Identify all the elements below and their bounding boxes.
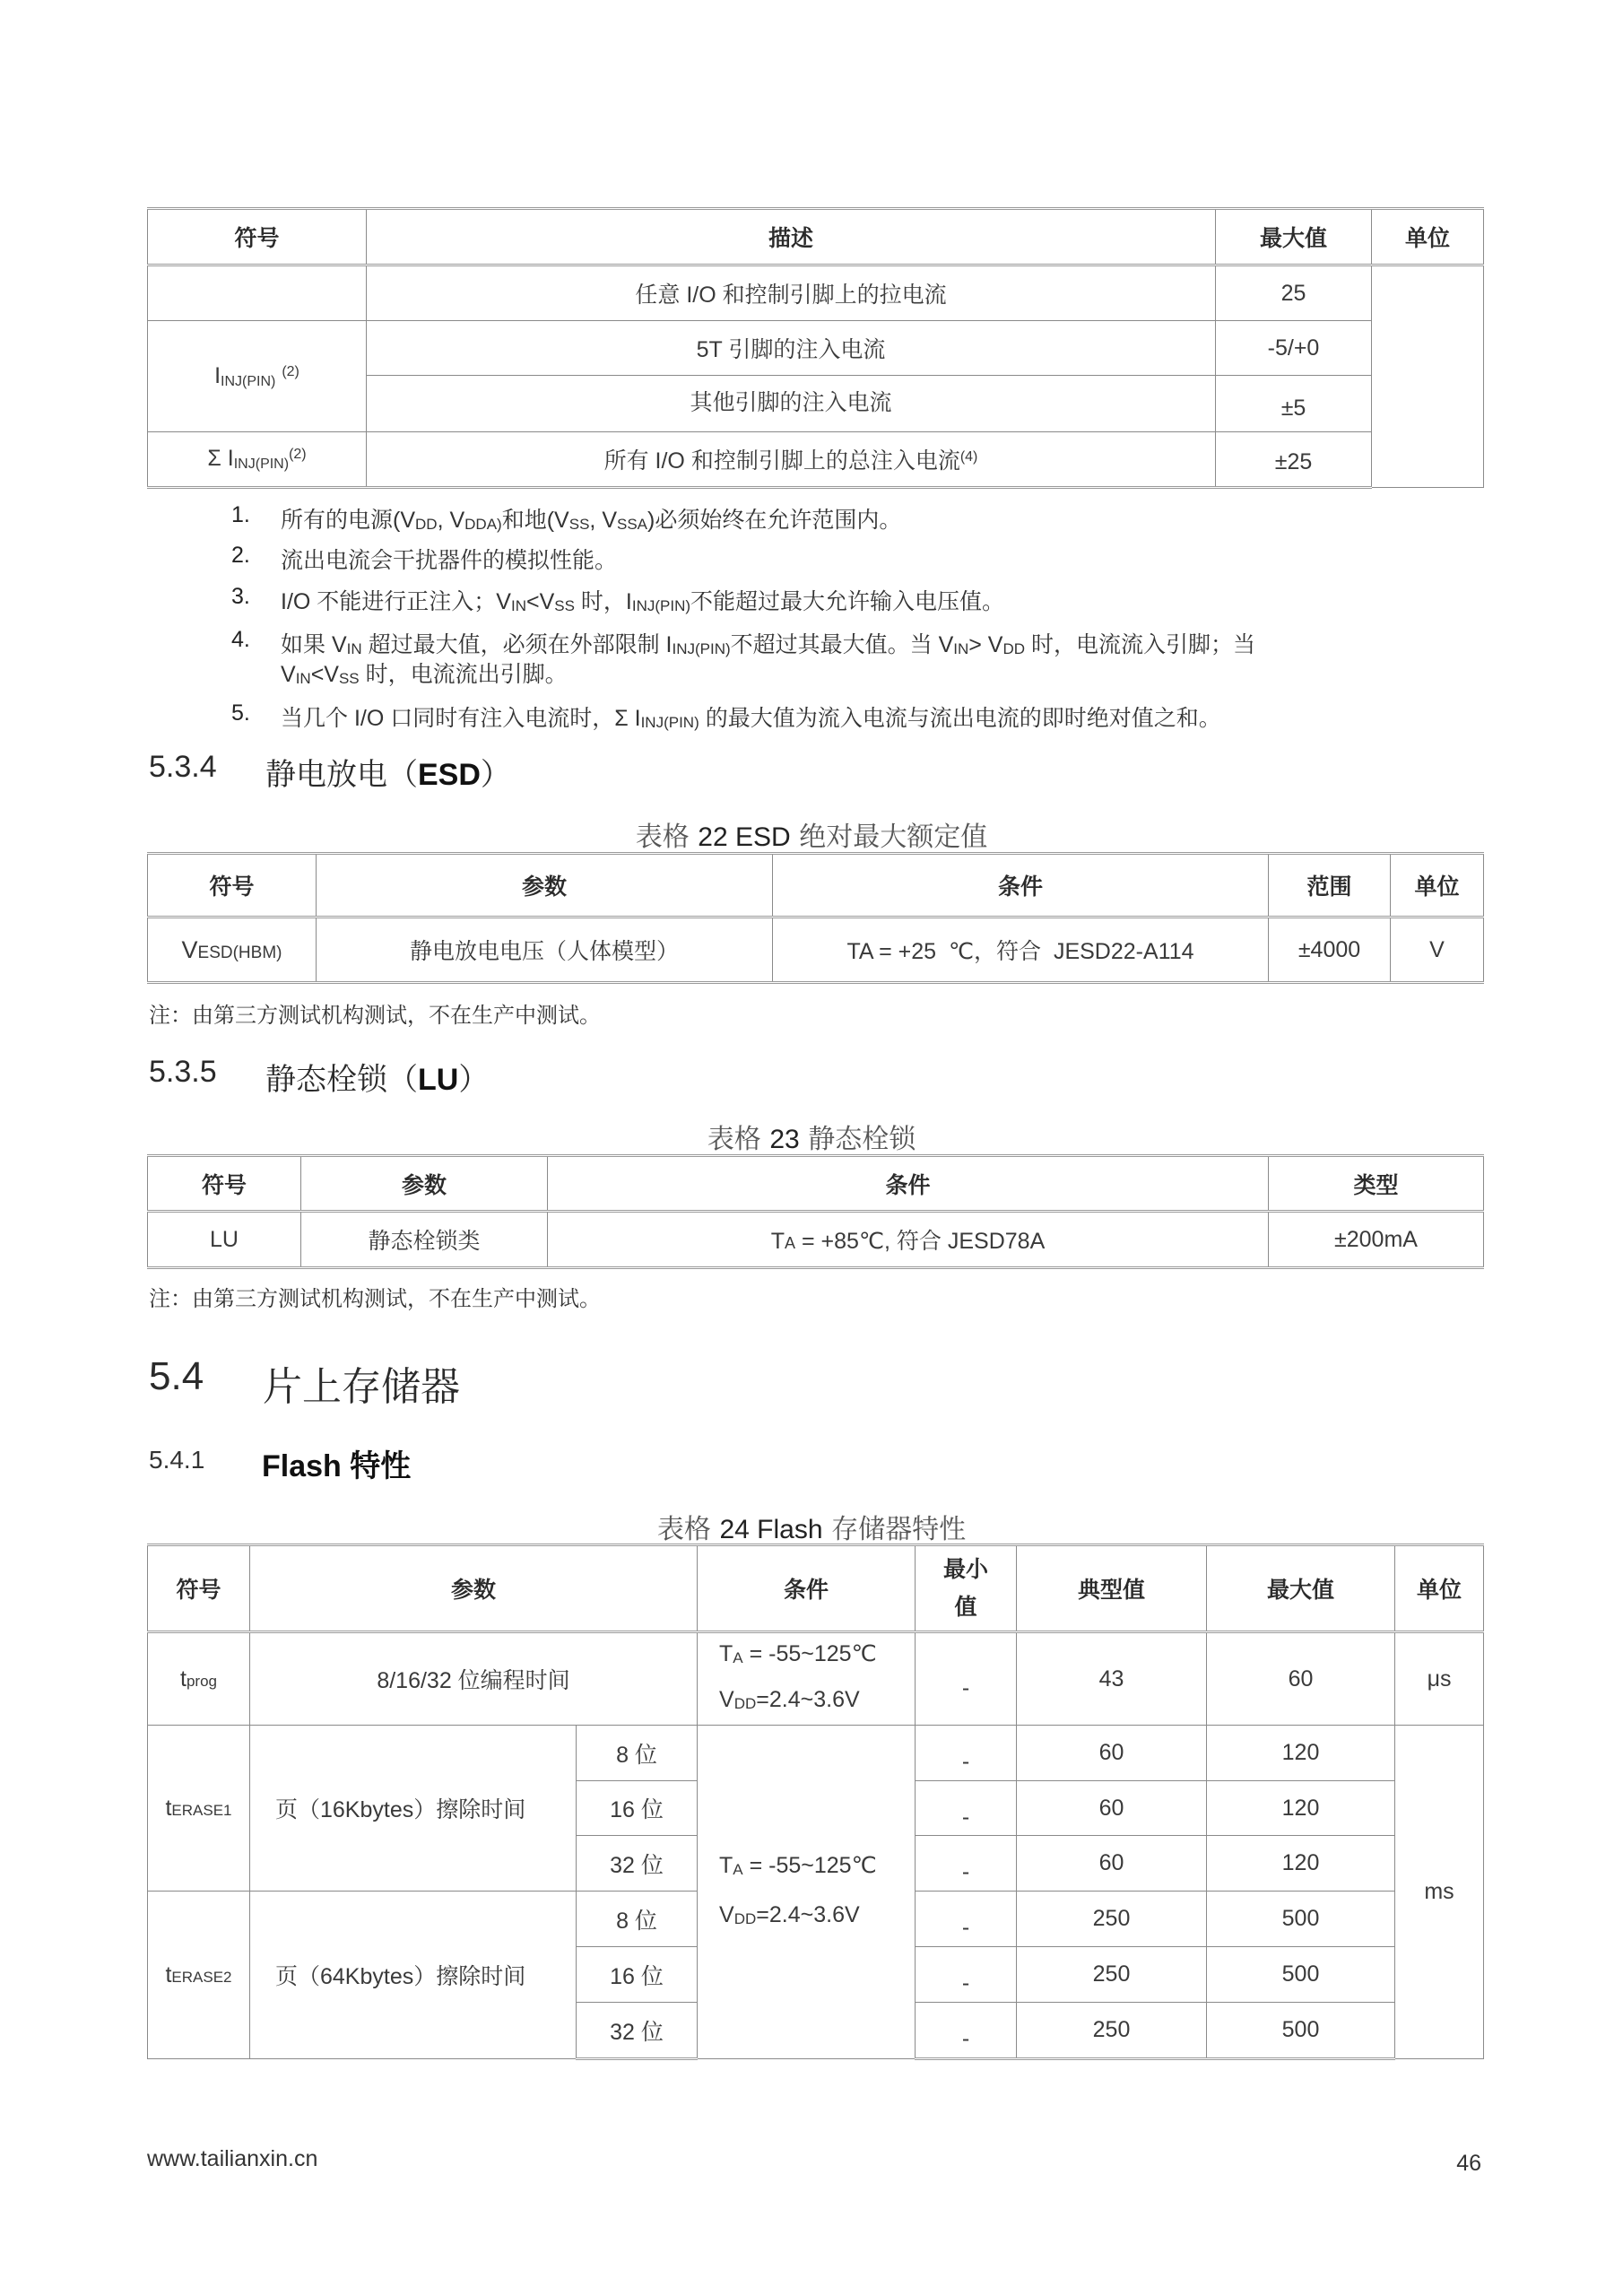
table-row: tprog 8/16/32 位编程时间 TA = -55~125℃ VDD=2.… (148, 1632, 1484, 1726)
parameter-cell: 静态栓锁类 (301, 1212, 548, 1268)
header-symbol: 符号 (148, 209, 367, 265)
min-cell: - (916, 1781, 1017, 1836)
section-title: 片上存储器 (263, 1354, 460, 1412)
subsection-number: 5.4.1 (149, 1446, 204, 1474)
header-condition: 条件 (698, 1545, 916, 1632)
header-range: 范围 (1269, 854, 1391, 918)
header-parameter: 参数 (250, 1545, 698, 1632)
width-cell: 8 位 (577, 1892, 698, 1947)
typ-cell: 60 (1017, 1726, 1207, 1781)
min-cell: - (916, 1947, 1017, 2003)
note-text: 所有的电源(VDD, VDDA)和地(VSS, VSSA)必须始终在允许范围内。 (281, 502, 901, 535)
header-symbol: 符号 (148, 1156, 301, 1212)
note-number: 5. (231, 700, 250, 726)
table-caption: 表格 23 静态栓锁 (0, 1117, 1623, 1156)
section-title: 静电放电（ESD） (265, 750, 511, 794)
note-text: 流出电流会干扰器件的模拟性能。 (281, 543, 617, 575)
description-cell: 5T 引脚的注入电流 (367, 321, 1216, 376)
parameter-cell: 页（16Kbytes）擦除时间 (250, 1726, 577, 1892)
unit-cell: V (1391, 918, 1484, 983)
typ-cell: 43 (1017, 1632, 1207, 1726)
width-cell: 32 位 (577, 1836, 698, 1892)
min-cell: - (916, 1632, 1017, 1726)
max-cell: 120 (1207, 1836, 1395, 1892)
section-number: 5.3.4 (149, 750, 217, 785)
min-cell: - (916, 1726, 1017, 1781)
note-number: 4. (231, 627, 250, 653)
max-cell: 500 (1207, 1947, 1395, 2003)
header-min: 最小值 (916, 1545, 1017, 1632)
header-typ: 典型值 (1017, 1545, 1207, 1632)
symbol-cell: tERASE1 (148, 1726, 250, 1892)
header-unit: 单位 (1391, 854, 1484, 918)
max-cell: 500 (1207, 1892, 1395, 1947)
note-text: VIN<VSS 时，电流流出引脚。 (281, 657, 568, 689)
parameter-cell: 静电放电电压（人体模型） (317, 918, 773, 983)
section-number: 5.3.5 (149, 1055, 217, 1090)
header-max: 最大值 (1216, 209, 1372, 265)
table-row: LU 静态栓锁类 TA = +85℃, 符合 JESD78A ±200mA (148, 1212, 1484, 1268)
note-number: 2. (231, 543, 250, 569)
parameter-cell: 页（64Kbytes）擦除时间 (250, 1892, 577, 2059)
unit-cell: μs (1395, 1632, 1484, 1726)
injection-current-table: 符号 描述 最大值 单位 任意 I/O 和控制引脚上的拉电流 25 IINJ(P… (147, 207, 1484, 489)
table-footnote: 注：由第三方测试机构测试，不在生产中测试。 (149, 1281, 601, 1312)
description-cell: 其他引脚的注入电流 (367, 376, 1216, 432)
unit-cell (1372, 265, 1484, 488)
symbol-cell: LU (148, 1212, 301, 1268)
symbol-cell: IINJ(PIN) (2) (148, 321, 367, 432)
max-cell: ±25 (1216, 432, 1372, 488)
min-cell: - (916, 1892, 1017, 1947)
header-unit: 单位 (1395, 1545, 1484, 1632)
type-cell: ±200mA (1269, 1212, 1484, 1268)
note-text: 如果 VIN 超过最大值，必须在外部限制 IINJ(PIN)不超过其最大值。当 … (281, 627, 1255, 659)
note-text: 当几个 I/O 口同时有注入电流时，Σ IINJ(PIN) 的最大值为流入电流与… (281, 700, 1221, 733)
symbol-cell: Σ IINJ(PIN)(2) (148, 432, 367, 488)
flash-table: 符号 参数 条件 最小值 典型值 最大值 单位 tprog 8/16/32 位编… (147, 1544, 1484, 2060)
section-number: 5.4 (149, 1354, 204, 1399)
table-footnote: 注：由第三方测试机构测试，不在生产中测试。 (149, 997, 601, 1029)
note-number: 3. (231, 584, 250, 610)
width-cell: 32 位 (577, 2003, 698, 2059)
max-cell: 120 (1207, 1726, 1395, 1781)
subsection-title: Flash 特性 (262, 1441, 411, 1485)
typ-cell: 60 (1017, 1836, 1207, 1892)
latchup-table: 符号 参数 条件 类型 LU 静态栓锁类 TA = +85℃, 符合 JESD7… (147, 1154, 1484, 1269)
header-condition: 条件 (548, 1156, 1269, 1212)
description-cell: 所有 I/O 和控制引脚上的总注入电流(4) (367, 432, 1216, 488)
symbol-cell: tERASE2 (148, 1892, 250, 2059)
section-title: 静态栓锁（LU） (265, 1055, 489, 1099)
header-condition: 条件 (773, 854, 1269, 918)
header-parameter: 参数 (317, 854, 773, 918)
header-unit: 单位 (1372, 209, 1484, 265)
typ-cell: 250 (1017, 1892, 1207, 1947)
width-cell: 16 位 (577, 1781, 698, 1836)
table-caption: 表格 22 ESD 绝对最大额定值 (0, 814, 1623, 854)
max-cell: ±5 (1216, 376, 1372, 432)
table-row: tERASE1 页（16Kbytes）擦除时间 8 位 TA = -55~125… (148, 1726, 1484, 1781)
page-number: 46 (1456, 2151, 1481, 2177)
min-cell: - (916, 1836, 1017, 1892)
condition-cell: TA = -55~125℃ VDD=2.4~3.6V (698, 1632, 916, 1726)
parameter-cell: 8/16/32 位编程时间 (250, 1632, 698, 1726)
header-description: 描述 (367, 209, 1216, 265)
header-type: 类型 (1269, 1156, 1484, 1212)
symbol-cell (148, 265, 367, 321)
typ-cell: 60 (1017, 1781, 1207, 1836)
max-cell: 60 (1207, 1632, 1395, 1726)
header-symbol: 符号 (148, 1545, 250, 1632)
symbol-cell: VESD(HBM) (148, 918, 317, 983)
table-row: VESD(HBM) 静电放电电压（人体模型） TA = +25 ℃，符合 JES… (148, 918, 1484, 983)
condition-cell: TA = +25 ℃，符合 JESD22-A114 (773, 918, 1269, 983)
footer-website: www.tailianxin.cn (147, 2146, 317, 2172)
note-text: I/O 不能进行正注入；VIN<VSS 时，IINJ(PIN)不能超过最大允许输… (281, 584, 1004, 616)
max-cell: 120 (1207, 1781, 1395, 1836)
header-max: 最大值 (1207, 1545, 1395, 1632)
width-cell: 8 位 (577, 1726, 698, 1781)
min-cell: - (916, 2003, 1017, 2059)
typ-cell: 250 (1017, 1947, 1207, 2003)
max-cell: 500 (1207, 2003, 1395, 2059)
condition-cell: TA = -55~125℃ VDD=2.4~3.6V (698, 1726, 916, 2059)
condition-cell: TA = +85℃, 符合 JESD78A (548, 1212, 1269, 1268)
header-symbol: 符号 (148, 854, 317, 918)
table-row: Σ IINJ(PIN)(2) 所有 I/O 和控制引脚上的总注入电流(4) ±2… (148, 432, 1484, 488)
header-parameter: 参数 (301, 1156, 548, 1212)
table-row: IINJ(PIN) (2) 5T 引脚的注入电流 -5/+0 (148, 321, 1484, 376)
unit-cell: ms (1395, 1726, 1484, 2059)
range-cell: ±4000 (1269, 918, 1391, 983)
note-number: 1. (231, 502, 250, 528)
table-caption: 表格 24 Flash 存储器特性 (0, 1507, 1623, 1546)
max-cell: -5/+0 (1216, 321, 1372, 376)
description-cell: 任意 I/O 和控制引脚上的拉电流 (367, 265, 1216, 321)
typ-cell: 250 (1017, 2003, 1207, 2059)
max-cell: 25 (1216, 265, 1372, 321)
width-cell: 16 位 (577, 1947, 698, 2003)
esd-table: 符号 参数 条件 范围 单位 VESD(HBM) 静电放电电压（人体模型） TA… (147, 852, 1484, 984)
table-row: 任意 I/O 和控制引脚上的拉电流 25 (148, 265, 1484, 321)
symbol-cell: tprog (148, 1632, 250, 1726)
